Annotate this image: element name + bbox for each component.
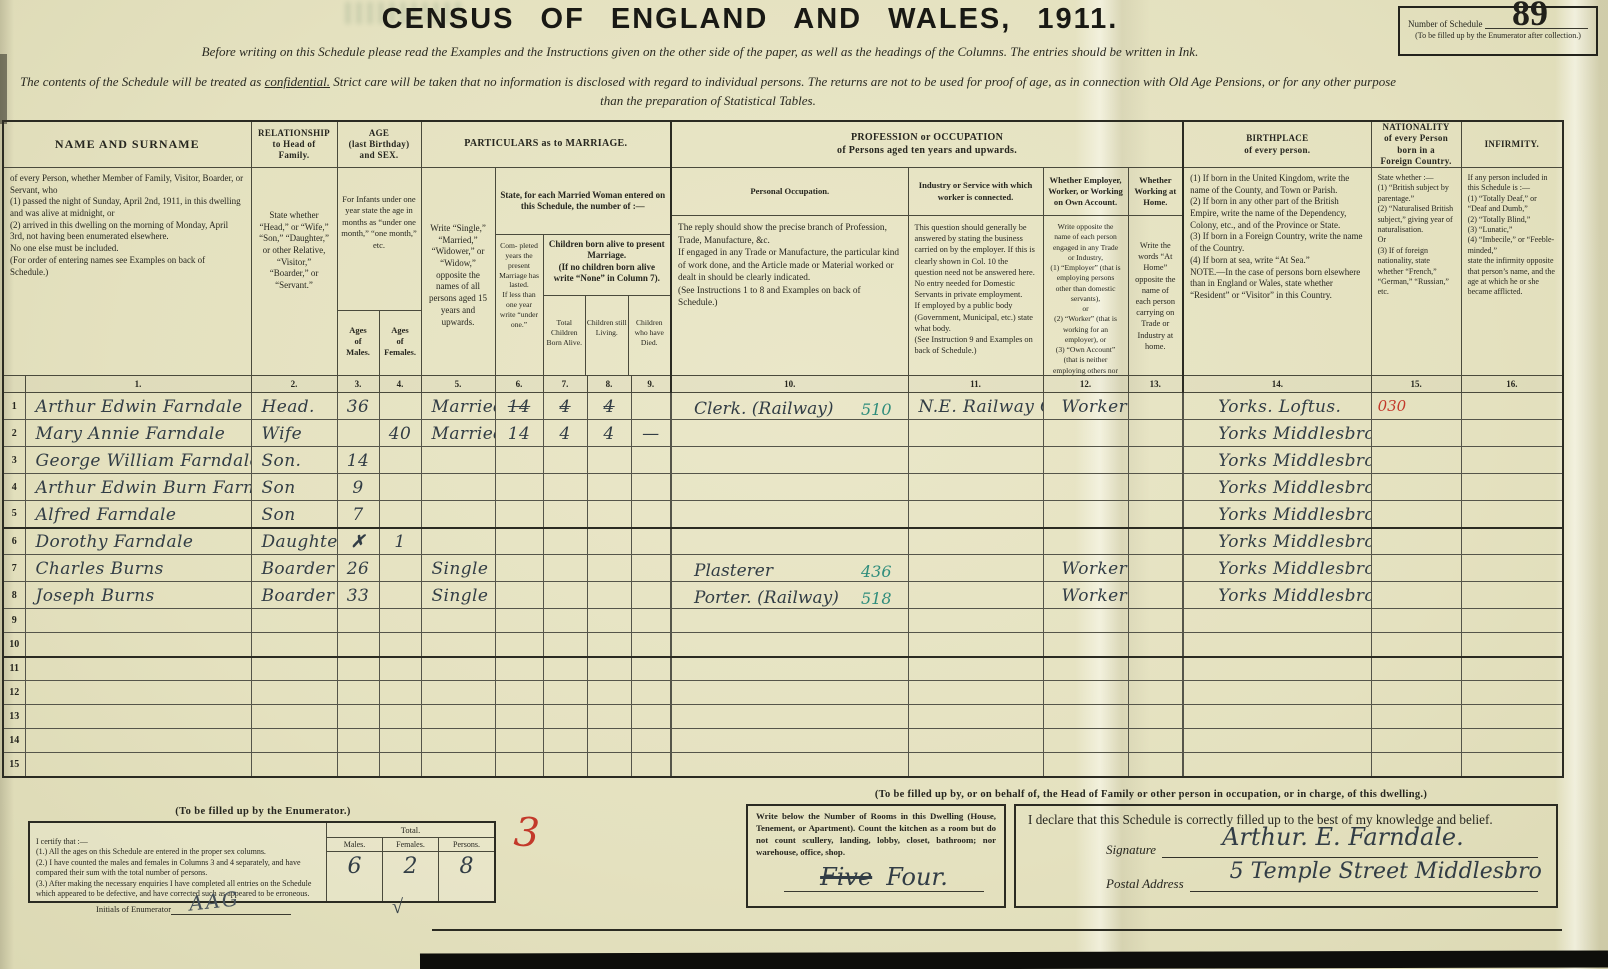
- cell-age-females: [379, 582, 421, 609]
- colnum-7: 7.: [543, 376, 587, 393]
- row-number: 5: [3, 501, 25, 528]
- males-total: 6: [327, 852, 382, 901]
- cell-industry: [908, 555, 1043, 582]
- cell-age-females: 40: [379, 420, 421, 447]
- cell-employment-status: [1043, 705, 1128, 729]
- cell-years-married: [495, 474, 543, 501]
- industry-label: Industry or Service with which worker is…: [909, 168, 1043, 216]
- cell-age-females: [379, 633, 421, 657]
- cell-years-married: [495, 753, 543, 777]
- cell-name: [25, 729, 251, 753]
- cell-infirmity: [1461, 609, 1563, 633]
- cell-infirmity: [1461, 528, 1563, 555]
- cell-age-females: [379, 447, 421, 474]
- cell-birthplace: Yorks Middlesbro: [1183, 582, 1371, 609]
- table-row: 1 Arthur Edwin Farndale Head. 36 Married…: [3, 393, 1563, 420]
- cell-children-born: [543, 447, 587, 474]
- cell-birthplace: Yorks Middlesbro: [1183, 447, 1371, 474]
- rooms-value: Four.: [886, 863, 948, 891]
- ages-of-males-label: Ages of Males.: [338, 311, 380, 375]
- cell-age-males: [337, 609, 379, 633]
- cell-children-born: [543, 528, 587, 555]
- cell-age-males: [337, 753, 379, 777]
- col-header-relationship: RELATIONSHIP to Head of Family.: [251, 121, 337, 168]
- cell-occupation: [671, 609, 908, 633]
- table-row: 4 Arthur Edwin Burn Farndale Son 9 Yorks…: [3, 474, 1563, 501]
- scan-edge-strip: [420, 950, 1608, 969]
- cell-occupation: [671, 657, 908, 681]
- cell-children-living: [587, 474, 631, 501]
- cell-name: George William Farndale: [25, 447, 251, 474]
- desc-relationship: State whether “Head,” or “Wife,” “Son,” …: [251, 168, 337, 376]
- cell-children-died: [631, 633, 671, 657]
- cell-children-died: [631, 753, 671, 777]
- cell-infirmity: [1461, 393, 1563, 420]
- cell-working-at-home: [1128, 447, 1183, 474]
- cell-marriage-status: [421, 474, 495, 501]
- instruction-line-2: The contents of the Schedule will be tre…: [8, 73, 1408, 111]
- row-number: 9: [3, 609, 25, 633]
- cell-infirmity: [1461, 501, 1563, 528]
- desc-years-married: Com- pleted years the present Marriage h…: [496, 235, 544, 375]
- desc-children-living: Children still Living.: [585, 296, 628, 375]
- cell-name: [25, 681, 251, 705]
- cell-name: [25, 609, 251, 633]
- corner-page-number: 89: [1512, 0, 1548, 34]
- colnum-13: 13.: [1128, 376, 1183, 393]
- cell-children-died: [631, 474, 671, 501]
- cell-nationality: [1371, 501, 1461, 528]
- check-mark: √: [392, 896, 403, 919]
- cell-relationship: [251, 681, 337, 705]
- instruction-2-rest: Strict care will be taken that no inform…: [330, 74, 1396, 108]
- cell-children-born: [543, 633, 587, 657]
- colnum-1: 1.: [25, 376, 251, 393]
- cell-children-living: 4: [587, 393, 631, 420]
- cell-age-males: [337, 705, 379, 729]
- cell-birthplace: Yorks Middlesbro: [1183, 474, 1371, 501]
- cell-age-females: [379, 393, 421, 420]
- cell-employment-status: [1043, 501, 1128, 528]
- cell-name: [25, 633, 251, 657]
- cell-marriage-status: Married: [421, 420, 495, 447]
- cell-years-married: [495, 729, 543, 753]
- cell-industry: [908, 753, 1043, 777]
- cell-children-living: [587, 681, 631, 705]
- cell-infirmity: [1461, 447, 1563, 474]
- row-number: 14: [3, 729, 25, 753]
- cell-children-born: [543, 501, 587, 528]
- cell-working-at-home: [1128, 474, 1183, 501]
- cell-years-married: [495, 633, 543, 657]
- cell-children-living: [587, 633, 631, 657]
- cell-relationship: [251, 753, 337, 777]
- cell-employment-status: Worker: [1043, 393, 1128, 420]
- cell-employment-status: Worker: [1043, 555, 1128, 582]
- cell-marriage-status: [421, 609, 495, 633]
- cell-relationship: Son.: [251, 447, 337, 474]
- cell-industry: N.E. Railway Cº: [908, 393, 1043, 420]
- cell-working-at-home: [1128, 657, 1183, 681]
- enumerator-initials: AAG: [188, 885, 241, 917]
- cell-children-living: [587, 729, 631, 753]
- cell-name: Arthur Edwin Burn Farndale: [25, 474, 251, 501]
- cell-relationship: [251, 705, 337, 729]
- cell-employment-status: [1043, 609, 1128, 633]
- col-header-infirmity: INFIRMITY.: [1461, 121, 1563, 168]
- occupation-text: Clerk. (Railway): [694, 399, 834, 419]
- cell-infirmity: [1461, 681, 1563, 705]
- cell-name: Joseph Burns: [25, 582, 251, 609]
- cell-working-at-home: [1128, 705, 1183, 729]
- cell-occupation: [671, 681, 908, 705]
- cell-age-females: [379, 657, 421, 681]
- cell-occupation: [671, 528, 908, 555]
- cell-occupation: Clerk. (Railway) 510: [671, 393, 908, 420]
- cell-working-at-home: [1128, 555, 1183, 582]
- cell-age-males: 26: [337, 555, 379, 582]
- cell-infirmity: [1461, 753, 1563, 777]
- cell-age-females: 1: [379, 528, 421, 555]
- cell-relationship: Head.: [251, 393, 337, 420]
- cell-name: Mary Annie Farndale: [25, 420, 251, 447]
- cell-industry: [908, 657, 1043, 681]
- cell-industry: [908, 420, 1043, 447]
- cell-children-died: [631, 528, 671, 555]
- cell-years-married: [495, 582, 543, 609]
- cell-children-living: [587, 582, 631, 609]
- colnum-16: 16.: [1461, 376, 1563, 393]
- row-number: 6: [3, 528, 25, 555]
- cell-infirmity: [1461, 705, 1563, 729]
- signature-line: Arthur. E. Farndale.: [1162, 843, 1538, 858]
- cell-birthplace: Yorks Middlesbro’: [1183, 420, 1371, 447]
- enumerator-heading: (To be filled up by the Enumerator.): [30, 806, 496, 817]
- colnum-10: 10.: [671, 376, 908, 393]
- occupation-code: 518: [861, 589, 892, 608]
- cell-marriage-status: [421, 447, 495, 474]
- cell-children-living: [587, 501, 631, 528]
- desc-infirmity: If any person included in this Schedule …: [1461, 168, 1563, 376]
- row-number: 2: [3, 420, 25, 447]
- colnum-5: 5.: [421, 376, 495, 393]
- cell-age-males: [337, 633, 379, 657]
- census-table-body: 1 Arthur Edwin Farndale Head. 36 Married…: [3, 393, 1563, 777]
- cell-relationship: [251, 729, 337, 753]
- cell-industry: [908, 705, 1043, 729]
- col-group-profession: PROFESSION or OCCUPATION of Persons aged…: [671, 121, 1183, 168]
- cell-occupation: Porter. (Railway) 518: [671, 582, 908, 609]
- cell-years-married: [495, 447, 543, 474]
- cell-industry: [908, 501, 1043, 528]
- at-home-instructions: Write the words “At Home” opposite the n…: [1129, 216, 1183, 358]
- cell-occupation: [671, 501, 908, 528]
- cell-relationship: Son: [251, 474, 337, 501]
- table-row: 13: [3, 705, 1563, 729]
- col-header-nationality: NATIONALITY of every Person born in a Fo…: [1371, 121, 1461, 168]
- rooms-box: Write below the Number of Rooms in this …: [746, 804, 1006, 908]
- children-band: Children born alive to present Marriage.…: [544, 235, 671, 296]
- colnum-4: 4.: [379, 376, 421, 393]
- cell-years-married: [495, 555, 543, 582]
- row-number: 4: [3, 474, 25, 501]
- postal-address-line: 5 Temple Street Middlesbro: [1190, 877, 1538, 892]
- cell-industry: [908, 528, 1043, 555]
- table-row: 15: [3, 753, 1563, 777]
- cell-marriage-status: Single: [421, 582, 495, 609]
- cell-infirmity: [1461, 657, 1563, 681]
- row-number: 11: [3, 657, 25, 681]
- cell-relationship: Boarder: [251, 555, 337, 582]
- cell-occupation: [671, 753, 908, 777]
- desc-birthplace: (1) If born in the United Kingdom, write…: [1183, 168, 1371, 376]
- desc-occupation: Personal Occupation. The reply should sh…: [671, 168, 908, 376]
- cell-children-died: [631, 609, 671, 633]
- table-row: 6 Dorothy Farndale Daughter. ✗ 1 Yorks M…: [3, 528, 1563, 555]
- desc-at-home: Whether Working at Home. Write the words…: [1128, 168, 1183, 376]
- row-number: 7: [3, 555, 25, 582]
- table-row: 7 Charles Burns Boarder 26 Single Plaste…: [3, 555, 1563, 582]
- cell-years-married: [495, 609, 543, 633]
- cell-age-males: 7: [337, 501, 379, 528]
- females-label: Females.: [382, 838, 438, 852]
- table-row: 8 Joseph Burns Boarder 33 Single Porter.…: [3, 582, 1563, 609]
- instruction-line-1: Before writing on this Schedule please r…: [30, 44, 1370, 60]
- cell-working-at-home: [1128, 582, 1183, 609]
- cell-children-born: [543, 582, 587, 609]
- cell-working-at-home: [1128, 681, 1183, 705]
- cell-marriage-status: [421, 501, 495, 528]
- cell-nationality: [1371, 420, 1461, 447]
- cell-years-married: [495, 501, 543, 528]
- cell-working-at-home: [1128, 753, 1183, 777]
- cell-infirmity: [1461, 582, 1563, 609]
- cell-infirmity: [1461, 729, 1563, 753]
- cell-working-at-home: [1128, 609, 1183, 633]
- householder-heading: (To be filled up by, or on behalf of, th…: [740, 789, 1562, 800]
- cell-years-married: [495, 681, 543, 705]
- cell-age-males: 33: [337, 582, 379, 609]
- postal-address-value: 5 Temple Street Middlesbro: [1230, 859, 1542, 884]
- cell-working-at-home: [1128, 528, 1183, 555]
- desc-industry: Industry or Service with which worker is…: [908, 168, 1043, 376]
- cell-relationship: Wife: [251, 420, 337, 447]
- cell-birthplace: Yorks Middlesbro: [1183, 555, 1371, 582]
- cell-industry: [908, 681, 1043, 705]
- desc-children-died: Children who have Died.: [628, 296, 671, 375]
- cell-marriage-status: [421, 753, 495, 777]
- cell-employment-status: [1043, 420, 1128, 447]
- cell-industry: [908, 729, 1043, 753]
- colnum-6: 6.: [495, 376, 543, 393]
- certification-text: I certify that :— (1.) All the ages on t…: [36, 837, 311, 899]
- cell-marriage-status: Married: [421, 393, 495, 420]
- cell-employment-status: [1043, 528, 1128, 555]
- cell-nationality: [1371, 705, 1461, 729]
- cell-working-at-home: [1128, 729, 1183, 753]
- ages-of-females-label: Ages of Females.: [380, 311, 421, 375]
- cell-children-living: 4: [587, 420, 631, 447]
- cell-marriage-status: [421, 729, 495, 753]
- row-number: 8: [3, 582, 25, 609]
- row-number: 3: [3, 447, 25, 474]
- cell-years-married: [495, 705, 543, 729]
- cell-employment-status: [1043, 447, 1128, 474]
- cell-nationality: [1371, 681, 1461, 705]
- cell-birthplace: [1183, 681, 1371, 705]
- colnum-11: 11.: [908, 376, 1043, 393]
- cell-age-males: [337, 420, 379, 447]
- cell-relationship: [251, 657, 337, 681]
- cell-employment-status: [1043, 657, 1128, 681]
- cell-children-died: [631, 447, 671, 474]
- females-total: 2: [382, 852, 438, 901]
- colnum-blank: [3, 376, 25, 393]
- cell-birthplace: [1183, 609, 1371, 633]
- table-row: 2 Mary Annie Farndale Wife 40 Married 14…: [3, 420, 1563, 447]
- desc-children-born: Total Children Born Alive.: [544, 296, 586, 375]
- cell-children-living: [587, 753, 631, 777]
- cell-children-died: [631, 681, 671, 705]
- cell-employment-status: [1043, 633, 1128, 657]
- table-row: 14: [3, 729, 1563, 753]
- cell-relationship: Son: [251, 501, 337, 528]
- cell-age-females: [379, 555, 421, 582]
- desc-age: For Infants under one year state the age…: [337, 168, 421, 376]
- cell-children-died: [631, 582, 671, 609]
- col-header-age: AGE (last Birthday) and SEX.: [337, 121, 421, 168]
- initials-label: Initials of Enumerator: [96, 904, 171, 915]
- cell-occupation: [671, 474, 908, 501]
- enumerator-certification: I certify that :— (1.) All the ages on t…: [30, 823, 326, 901]
- cell-age-females: [379, 729, 421, 753]
- cell-nationality: [1371, 555, 1461, 582]
- colnum-2: 2.: [251, 376, 337, 393]
- desc-marriage-status: Write “Single,” “Married,” “Widower,” or…: [421, 168, 495, 376]
- cell-birthplace: [1183, 705, 1371, 729]
- cell-name: Charles Burns: [25, 555, 251, 582]
- table-row: 10: [3, 633, 1563, 657]
- persons-total: 8: [438, 852, 494, 901]
- cell-occupation: [671, 633, 908, 657]
- desc-name: of every Person, whether Member of Famil…: [3, 168, 251, 376]
- cell-children-died: [631, 729, 671, 753]
- cell-birthplace: Yorks Middlesbro: [1183, 501, 1371, 528]
- col-group-marriage: PARTICULARS as to MARRIAGE.: [421, 121, 671, 168]
- confidential-word: confidential.: [265, 74, 330, 89]
- table-row: 12: [3, 681, 1563, 705]
- cell-age-males: 36: [337, 393, 379, 420]
- cell-children-living: [587, 447, 631, 474]
- occupation-code: 510: [861, 400, 892, 419]
- cell-age-males: ✗: [337, 528, 379, 555]
- cell-birthplace: [1183, 657, 1371, 681]
- cell-birthplace: Yorks Middlesbro: [1183, 528, 1371, 555]
- row-number: 1: [3, 393, 25, 420]
- table-row: 9: [3, 609, 1563, 633]
- schedule-number-label: Number of Schedule: [1408, 19, 1482, 29]
- cell-marriage-status: [421, 528, 495, 555]
- cell-children-living: [587, 657, 631, 681]
- industry-instructions: This question should generally be answer…: [909, 216, 1043, 362]
- total-label: Total.: [327, 823, 494, 838]
- cell-name: [25, 705, 251, 729]
- cell-employment-status: [1043, 681, 1128, 705]
- occupation-text: Plasterer: [694, 561, 773, 581]
- cell-years-married: [495, 528, 543, 555]
- colnum-12: 12.: [1043, 376, 1128, 393]
- cell-age-females: [379, 705, 421, 729]
- cell-employment-status: [1043, 753, 1128, 777]
- cell-age-females: [379, 501, 421, 528]
- cell-age-males: [337, 657, 379, 681]
- males-label: Males.: [327, 838, 382, 852]
- cell-nationality: [1371, 474, 1461, 501]
- cell-children-born: 4: [543, 420, 587, 447]
- cell-age-males: [337, 681, 379, 705]
- cell-children-living: [587, 528, 631, 555]
- cell-working-at-home: [1128, 393, 1183, 420]
- cell-occupation: [671, 705, 908, 729]
- cell-nationality: 030: [1371, 393, 1461, 420]
- cell-marriage-status: [421, 705, 495, 729]
- cell-birthplace: Yorks. Loftus.: [1183, 393, 1371, 420]
- cell-employment-status: Worker: [1043, 582, 1128, 609]
- cell-children-died: [631, 705, 671, 729]
- cell-infirmity: [1461, 474, 1563, 501]
- signature-label: Signature: [1106, 842, 1156, 858]
- desc-nationality: State whether :— (1) “British subject by…: [1371, 168, 1461, 376]
- cell-age-females: [379, 609, 421, 633]
- cell-nationality: [1371, 753, 1461, 777]
- cell-working-at-home: [1128, 420, 1183, 447]
- cell-birthplace: [1183, 633, 1371, 657]
- cell-name: [25, 753, 251, 777]
- cell-birthplace: [1183, 753, 1371, 777]
- row-number: 15: [3, 753, 25, 777]
- cell-industry: [908, 609, 1043, 633]
- cell-infirmity: [1461, 555, 1563, 582]
- scan-edge-artifact: [0, 54, 7, 124]
- row-number: 13: [3, 705, 25, 729]
- cell-employment-status: [1043, 729, 1128, 753]
- cell-years-married: 14: [495, 393, 543, 420]
- occupation-text: Porter. (Railway): [694, 588, 839, 608]
- row-number: 10: [3, 633, 25, 657]
- cell-children-died: [631, 501, 671, 528]
- page-title: CENSUS OF ENGLAND AND WALES, 1911.: [370, 3, 1130, 36]
- cell-industry: [908, 474, 1043, 501]
- cell-years-married: 14: [495, 420, 543, 447]
- cell-occupation: [671, 729, 908, 753]
- cell-marriage-status: Single: [421, 555, 495, 582]
- rooms-instructions: Write below the Number of Rooms in this …: [756, 811, 996, 859]
- schedule-number-note: (To be filled up by the Enumerator after…: [1408, 31, 1588, 41]
- enumerator-box: I certify that :— (1.) All the ages on t…: [28, 821, 496, 903]
- red-annotation: 3: [512, 809, 541, 857]
- cell-nationality: [1371, 447, 1461, 474]
- cell-relationship: Daughter.: [251, 528, 337, 555]
- col-header-birthplace: BIRTHPLACE of every person.: [1183, 121, 1371, 168]
- desc-employer-status: Whether Employer, Worker, or Working on …: [1043, 168, 1128, 376]
- confidential-prefix: The contents of the Schedule will be tre…: [20, 74, 265, 89]
- cell-nationality: [1371, 729, 1461, 753]
- cell-age-males: 14: [337, 447, 379, 474]
- cell-years-married: [495, 657, 543, 681]
- cell-nationality: [1371, 657, 1461, 681]
- cell-name: Arthur Edwin Farndale: [25, 393, 251, 420]
- colnum-3: 3.: [337, 376, 379, 393]
